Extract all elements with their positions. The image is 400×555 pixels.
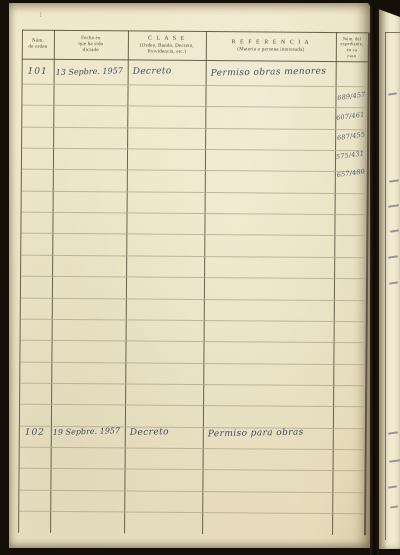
header-text: (Materia o persona interesada) [237, 47, 304, 54]
row-rule-line [20, 361, 364, 365]
header-text: Providencia, etc.) [147, 49, 186, 56]
expediente-number: 689/457 [334, 90, 369, 102]
row-rule-line [19, 511, 363, 515]
row-rule-line [23, 84, 367, 88]
registry-table: Núm. de orden Fecha en que ha sido dicta… [0, 0, 400, 555]
row-rule-line [22, 126, 366, 130]
row-rule-line [20, 468, 364, 472]
entry-referencia: Permiso para obras [208, 428, 304, 440]
row-rule-line [20, 382, 364, 386]
scanned-ledger-page: Núm. de orden Fecha en que ha sido dicta… [0, 0, 400, 555]
header-text: de orden [28, 45, 47, 51]
header-expediente: Núm. del expediente, en su caso [336, 34, 368, 60]
row-rule-line [22, 190, 366, 194]
row-rule-line [22, 148, 366, 152]
entry-referencia: Permiso obras menores [211, 66, 327, 78]
row-rule-line [21, 318, 365, 322]
entry-clase: Decreto [130, 427, 169, 438]
row-rule-line [21, 254, 365, 258]
page-corner-smudge: 1 [39, 11, 43, 19]
header-referencia: R E F E R E N C I A (Materia o persona i… [206, 33, 336, 60]
entry-fecha: 19 Sepbre. 1957 [53, 426, 120, 437]
row-rules-container [0, 0, 400, 2]
row-rule-line [21, 276, 365, 280]
expediente-number: 607/461 [333, 110, 368, 122]
expediente-number: 657/480 [334, 167, 369, 179]
entry-num-orden: 102 [19, 428, 51, 438]
row-rule-line [19, 489, 363, 493]
expediente-number: 687/455 [334, 130, 369, 142]
row-rule-line [21, 233, 365, 237]
entry-fecha: 13 Sepbre. 1957 [56, 66, 123, 77]
header-text: caso [347, 53, 356, 59]
entry-clase: Decreto [133, 66, 172, 77]
entry-num-orden: 101 [22, 67, 54, 77]
header-clase: C L A S E (Orden, Bando, Decreto, Provid… [128, 32, 206, 59]
row-rule-line [21, 340, 365, 344]
row-rule-line [22, 169, 366, 173]
row-rule-line [20, 404, 364, 408]
row-rule-line [22, 105, 366, 109]
row-rule-line [22, 212, 366, 216]
header-text: dictado [83, 48, 99, 54]
row-rule-line [21, 297, 365, 301]
header-num-orden: Núm. de orden [22, 32, 54, 58]
header-fecha: Fecha en que ha sido dictado [54, 32, 128, 59]
row-rule-line [20, 447, 364, 451]
